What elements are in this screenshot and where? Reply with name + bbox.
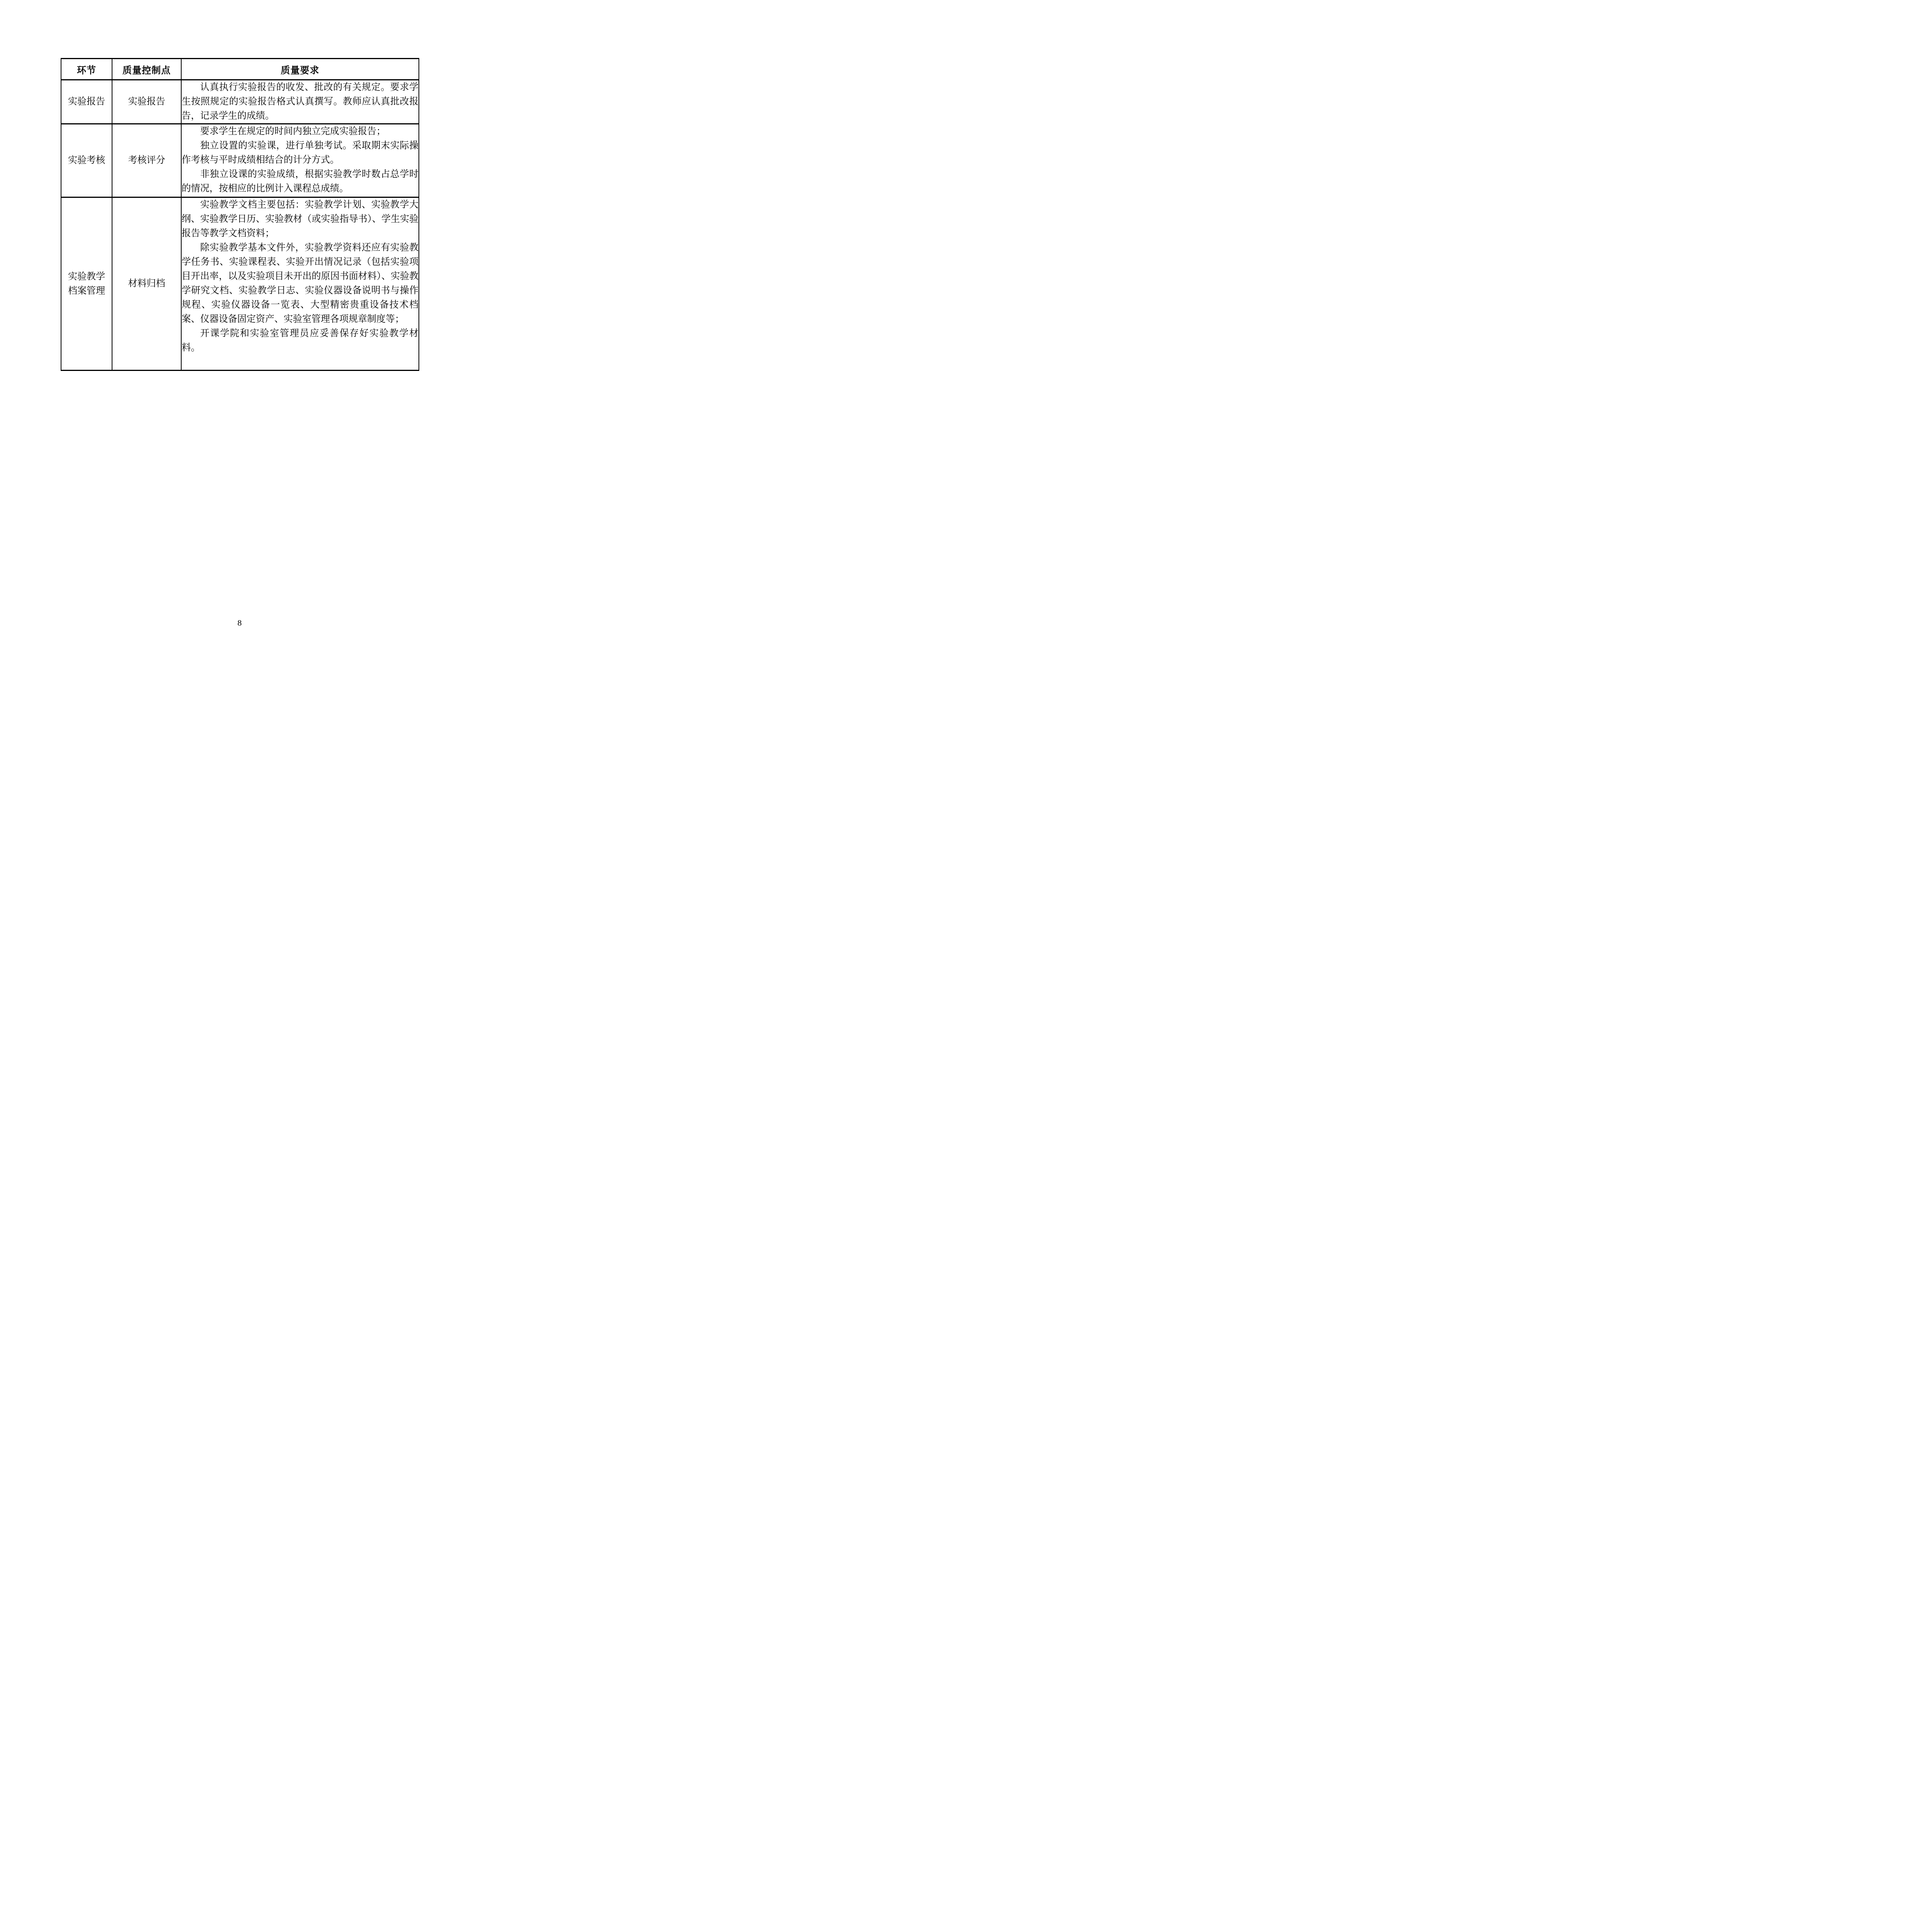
requirement-cell: 认真执行实验报告的收发、批改的有关规定。要求学生按照规定的实验报告格式认真撰写。… [181, 80, 419, 124]
table-row-experiment-assessment: 实验考核 考核评分 要求学生在规定的时间内独立完成实验报告；独立设置的实验课，进… [61, 124, 419, 197]
table-row-experiment-report: 实验报告 实验报告 认真执行实验报告的收发、批改的有关规定。要求学生按照规定的实… [61, 80, 419, 124]
requirement-paragraph: 实验教学文档主要包括：实验教学计划、实验教学大纲、实验教学日历、实验教材（或实验… [182, 198, 418, 241]
quality-control-table: 环节 质量控制点 质量要求 实验报告 实验报告 认真执行实验报告的收发、批改的有… [61, 58, 419, 371]
col-header-control-point: 质量控制点 [112, 59, 181, 80]
col-header-stage: 环节 [61, 59, 112, 80]
page-number: 8 [0, 618, 479, 628]
control-point-cell: 考核评分 [112, 124, 181, 197]
col-header-requirement: 质量要求 [181, 59, 419, 80]
stage-cell: 实验考核 [61, 124, 112, 197]
table-header-row: 环节 质量控制点 质量要求 [61, 59, 419, 80]
requirement-paragraph: 要求学生在规定的时间内独立完成实验报告； [182, 124, 418, 139]
requirement-paragraph: 非独立设课的实验成绩，根据实验教学时数占总学时的情况，按相应的比例计入课程总成绩… [182, 167, 418, 196]
requirement-cell: 实验教学文档主要包括：实验教学计划、实验教学大纲、实验教学日历、实验教材（或实验… [181, 197, 419, 371]
stage-cell: 实验报告 [61, 80, 112, 124]
control-point-cell: 材料归档 [112, 197, 181, 371]
control-point-cell: 实验报告 [112, 80, 181, 124]
requirement-paragraph: 独立设置的实验课，进行单独考试。采取期末实际操作考核与平时成绩相结合的计分方式。 [182, 139, 418, 167]
requirement-cell: 要求学生在规定的时间内独立完成实验报告；独立设置的实验课，进行单独考试。采取期末… [181, 124, 419, 197]
requirement-paragraph: 除实验教学基本文件外，实验教学资料还应有实验教学任务书、实验课程表、实验开出情况… [182, 241, 418, 327]
table-row-archive-management: 实验教学 档案管理 材料归档 实验教学文档主要包括：实验教学计划、实验教学大纲、… [61, 197, 419, 371]
requirement-paragraph: 认真执行实验报告的收发、批改的有关规定。要求学生按照规定的实验报告格式认真撰写。… [182, 80, 418, 123]
requirement-paragraph: 开课学院和实验室管理员应妥善保存好实验教学材料。 [182, 327, 418, 355]
stage-cell: 实验教学 档案管理 [61, 197, 112, 371]
document-page: 环节 质量控制点 质量要求 实验报告 实验报告 认真执行实验报告的收发、批改的有… [0, 0, 479, 678]
